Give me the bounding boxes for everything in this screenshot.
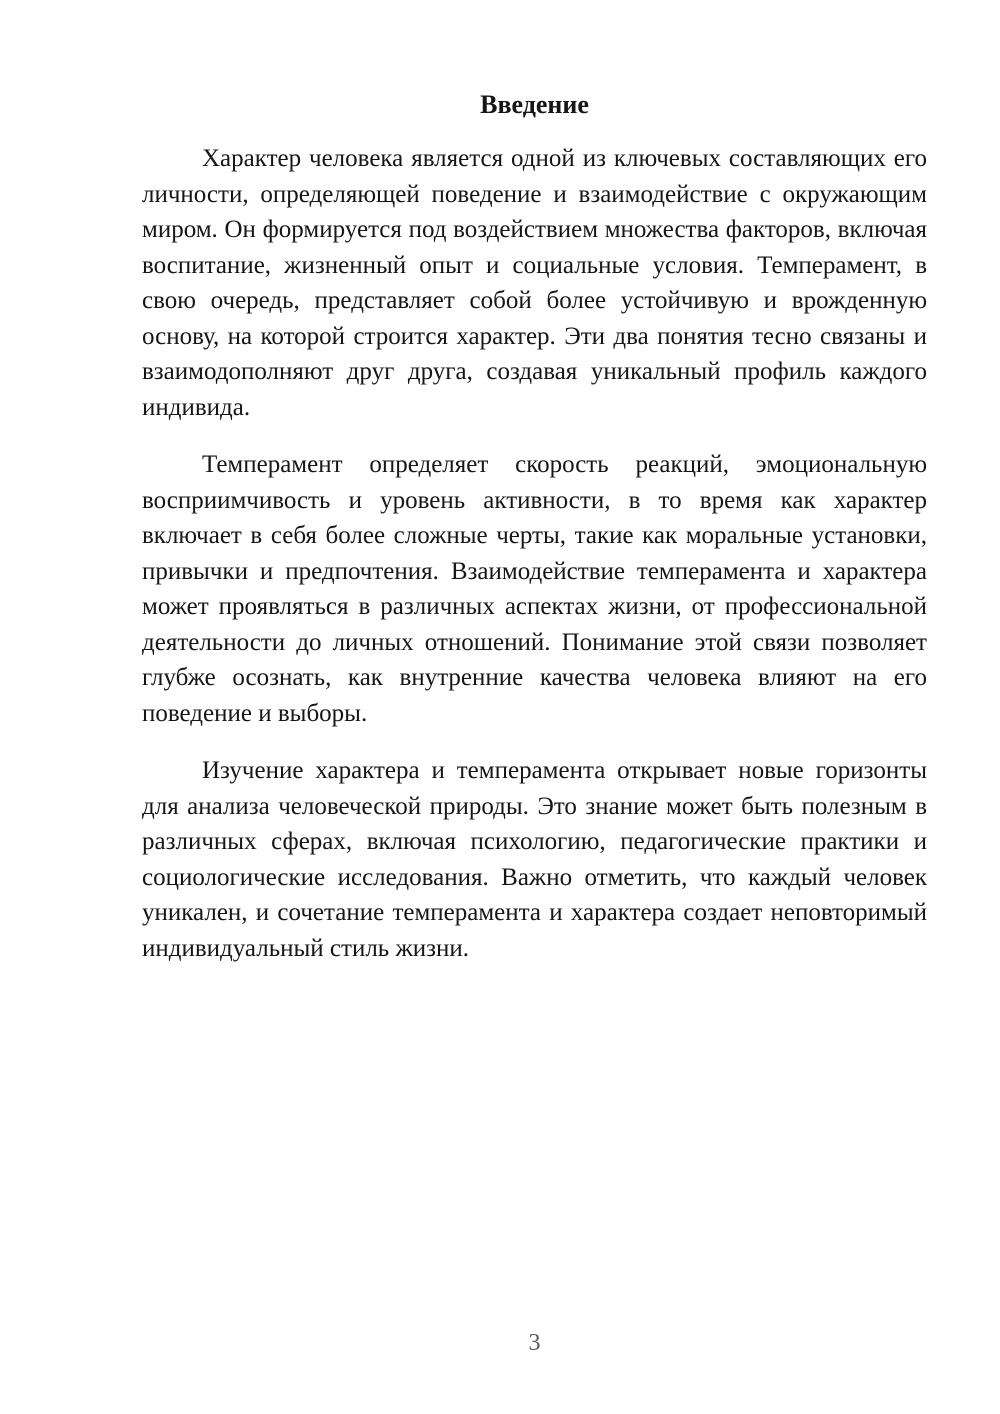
text-line: деятельности до личных отношений. Понима… [142, 625, 927, 661]
text-line: глубже осознать, как внутренние качества… [142, 660, 927, 696]
text-line: может проявляться в различных аспектах ж… [142, 589, 927, 625]
text-line: основу, на которой строится характер. Эт… [142, 319, 927, 355]
text-line: Темперамент определяет скорость реакций,… [142, 447, 927, 483]
text-line: восприимчивость и уровень активности, в … [142, 483, 927, 519]
document-title: Введение [142, 88, 927, 122]
text-line: различных сферах, включая психологию, пе… [142, 824, 927, 860]
text-line: включает в себя более сложные черты, так… [142, 518, 927, 554]
text-line: индивидуальный стиль жизни. [142, 931, 927, 967]
text-line: уникален, и сочетание темперамента и хар… [142, 895, 927, 931]
text-line: свою очередь, представляет собой более у… [142, 283, 927, 319]
document-page: Введение Характер человека является одно… [0, 0, 1000, 1414]
text-line: привычки и предпочтения. Взаимодействие … [142, 554, 927, 590]
paragraph-1: Характер человека является одной из ключ… [142, 141, 927, 425]
text-line: Характер человека является одной из ключ… [142, 141, 927, 177]
paragraphs: Характер человека является одной из ключ… [142, 141, 927, 966]
text-line: воспитание, жизненный опыт и социальные … [142, 248, 927, 284]
text-line: взаимодополняют друг друга, создавая уни… [142, 354, 927, 390]
text-line: поведение и выборы. [142, 696, 927, 732]
paragraph-3: Изучение характера и темперамента открыв… [142, 753, 927, 966]
text-line: для анализа человеческой природы. Это зн… [142, 789, 927, 825]
paragraph-2: Темперамент определяет скорость реакций,… [142, 447, 927, 731]
text-line: социологические исследования. Важно отме… [142, 860, 927, 896]
text-line: Изучение характера и темперамента открыв… [142, 753, 927, 789]
text-line: миром. Он формируется под воздействием м… [142, 212, 927, 248]
text-line: личности, определяющей поведение и взаим… [142, 177, 927, 213]
page-number: 3 [142, 1328, 927, 1358]
document-content: Введение Характер человека является одно… [142, 88, 927, 966]
text-line: индивида. [142, 390, 927, 426]
